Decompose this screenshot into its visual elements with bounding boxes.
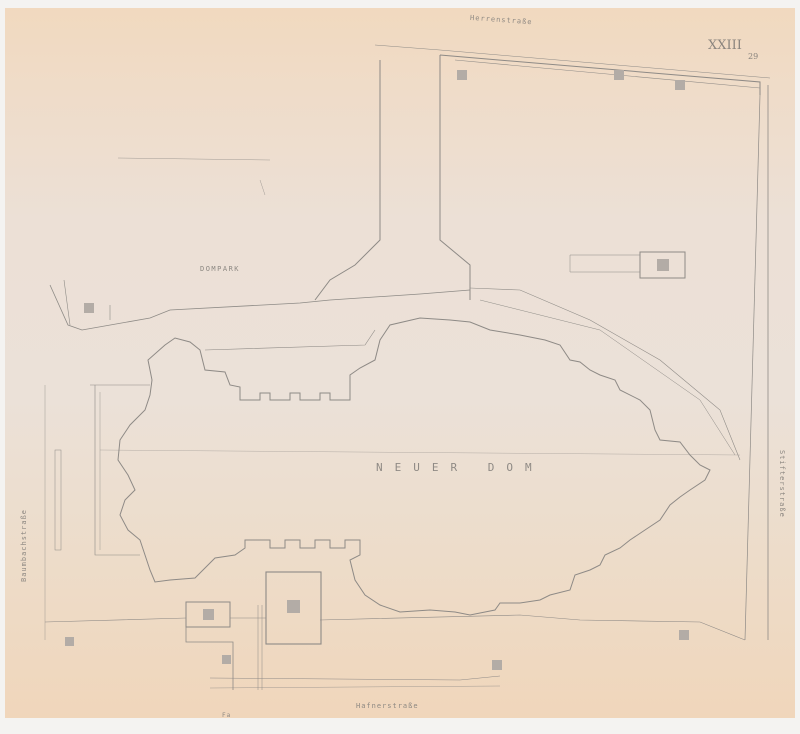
park-label: DOMPARK — [200, 265, 240, 273]
marker-square — [287, 600, 300, 613]
marker-square — [614, 70, 624, 80]
marker-square — [84, 303, 94, 313]
sheet-number: XXIII — [708, 38, 742, 53]
building-label: NEUER DOM — [376, 461, 544, 474]
marker-square — [492, 660, 502, 670]
street-label-east: Stifterstraße — [778, 450, 786, 518]
street-label-south: Hafnerstraße — [356, 702, 419, 710]
marker-square — [65, 637, 74, 646]
marker-square — [679, 630, 689, 640]
street-label-west: Baumbachstraße — [20, 509, 28, 582]
north-block-outline — [440, 55, 760, 300]
marker-square — [222, 655, 231, 664]
bottom-note: Fa — [222, 712, 231, 719]
marker-square — [457, 70, 467, 80]
marker-square — [675, 80, 685, 90]
marker-square — [657, 259, 669, 271]
site-plan-drawing — [0, 0, 800, 734]
dompark-boundary — [50, 285, 470, 330]
sheet-subnumber: 29 — [748, 52, 758, 61]
marker-square — [203, 609, 214, 620]
